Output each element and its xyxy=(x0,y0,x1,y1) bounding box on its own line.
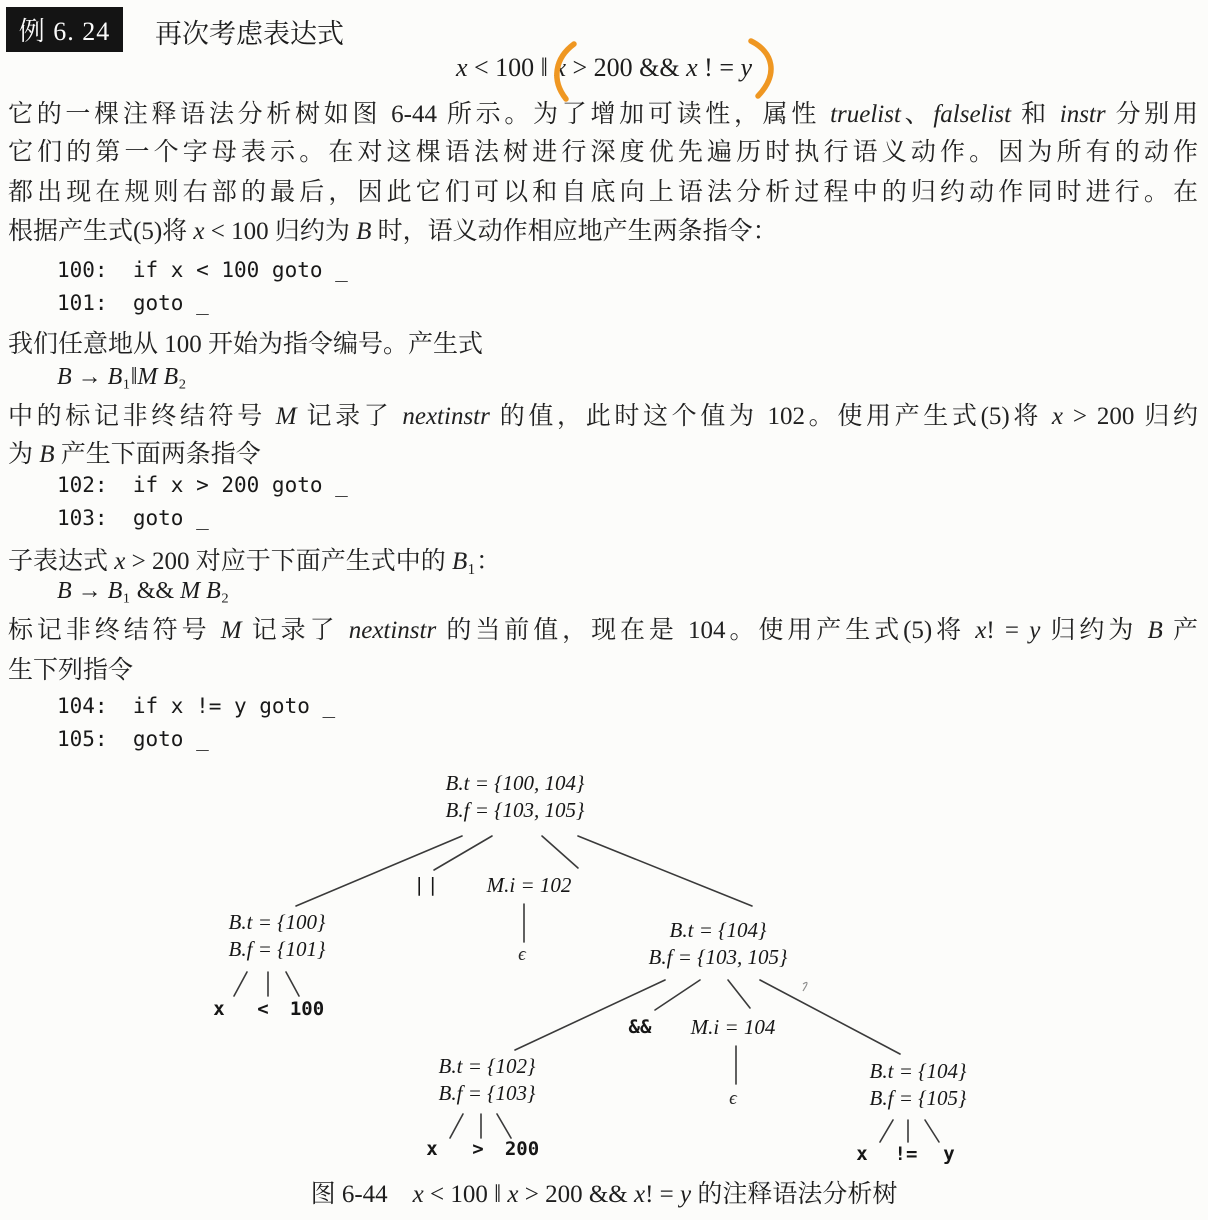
text-segment: B xyxy=(452,548,467,575)
text-segment: 中的标记非终结符号 xyxy=(8,403,276,430)
paragraph-line: 都出现在规则右部的最后，因此它们可以和自底向上语法分析过程中的归约动作同时进行。… xyxy=(8,174,1198,211)
code-line: 102: if x > 200 goto _ xyxy=(57,473,348,497)
text-segment: 产生下面两条指令 xyxy=(55,441,261,468)
text-segment: B xyxy=(39,441,54,468)
leaf-terminal: x xyxy=(213,998,224,1020)
text-segment: B xyxy=(1147,617,1162,644)
tree-marker-m1: M.i = 102 xyxy=(487,872,572,899)
text-segment: 它的一棵注释语法分析树如图 6-44 所示。为了增加可读性，属性 xyxy=(8,101,830,128)
leaf-terminal: < xyxy=(257,998,268,1020)
page: { "colors": { "annotation_orange": "#ef9… xyxy=(0,0,1208,1220)
node-truelist: B.t = {100, 104} xyxy=(446,770,585,797)
text-segment: 、 xyxy=(901,101,933,128)
text-segment: > 200 对应于下面产生式中的 xyxy=(125,548,452,575)
text-segment: 我们任意地从 100 开始为指令编号。产生式 xyxy=(8,331,483,358)
parse-tree-figure: B.t = {100, 104} B.f = {103, 105} || M.i… xyxy=(0,758,1208,1220)
text-segment: ! = xyxy=(986,617,1029,644)
epsilon-leaf: ϵ xyxy=(518,944,526,966)
leaf-terminal: != xyxy=(895,1143,918,1165)
code-line: 104: if x != y goto _ xyxy=(57,694,335,718)
text-segment: → xyxy=(72,578,108,604)
text-segment: x xyxy=(634,1181,645,1208)
text-segment: B xyxy=(108,578,123,604)
scan-artifact xyxy=(803,982,807,991)
annotation-open-paren-icon xyxy=(557,44,574,99)
text-segment: ₂ xyxy=(178,364,186,390)
text-segment: 产 xyxy=(1163,617,1198,644)
text-segment: > 200 && xyxy=(519,1181,635,1208)
text-segment: M xyxy=(137,364,157,390)
text-segment: 标记非终结符号 xyxy=(8,617,221,644)
code-line: 105: goto _ xyxy=(57,727,209,751)
leaf-terminal: > xyxy=(472,1138,483,1160)
text-segment: 记录了 xyxy=(297,403,403,430)
text-segment: && xyxy=(131,578,180,604)
production-formula: B → B₁‖M B₂ xyxy=(57,364,187,391)
tree-op-or: || xyxy=(414,874,441,896)
text-segment: 的注释语法分析树 xyxy=(691,1181,897,1208)
text-segment: y xyxy=(1029,617,1040,644)
text-segment: → xyxy=(72,364,108,390)
paragraph-line: 中的标记非终结符号 M 记录了 nextinstr 的值，此时这个值为 102。… xyxy=(8,398,1198,435)
text-segment: B xyxy=(57,578,72,604)
text-segment: 图 6-44 xyxy=(311,1181,413,1208)
text-segment: < 100 ‖ xyxy=(424,1181,508,1208)
paragraph-line: 它们的第一个字母表示。在对这棵语法树进行深度优先遍历时执行语义动作。因为所有的动… xyxy=(8,134,1198,171)
text-segment: 都出现在规则右部的最后，因此它们可以和自底向上语法分析过程中的归约动作同时进行。… xyxy=(8,179,1198,206)
node-truelist: B.t = {102} xyxy=(439,1053,536,1080)
text-segment: 分别用 xyxy=(1106,101,1198,128)
text-segment: ₁ xyxy=(122,364,130,390)
leaf-terminal: x xyxy=(856,1143,867,1165)
code-line: 100: if x < 100 goto _ xyxy=(57,258,348,282)
annotation-close-paren-icon xyxy=(751,41,771,96)
node-falselist: B.f = {101} xyxy=(229,936,326,963)
node-falselist: B.f = {105} xyxy=(870,1085,967,1112)
tree-marker-m2: M.i = 104 xyxy=(691,1014,776,1041)
node-falselist: B.f = {103, 105} xyxy=(446,797,585,824)
leaf-terminal: y xyxy=(943,1143,954,1165)
text-segment: B xyxy=(206,578,221,604)
tree-node-root: B.t = {100, 104} B.f = {103, 105} xyxy=(446,770,585,824)
text-segment: x xyxy=(114,548,125,575)
text-segment: M xyxy=(180,578,200,604)
text-segment: x xyxy=(507,1181,518,1208)
paragraph-line: 为 B 产生下面两条指令 xyxy=(8,436,261,473)
text-segment: M xyxy=(276,403,297,430)
tree-node-bottom-right: B.t = {104} B.f = {105} xyxy=(870,1058,967,1112)
text-segment: x xyxy=(975,617,986,644)
text-segment: nextinstr xyxy=(402,403,490,430)
text-segment: falselist xyxy=(933,101,1011,128)
tree-edges-svg xyxy=(0,758,1208,1220)
text-segment: ： xyxy=(476,548,501,575)
text-segment: nextinstr xyxy=(349,617,437,644)
figure-caption: 图 6-44 x < 100 ‖ x > 200 && x! = y 的注释语法… xyxy=(0,1174,1208,1210)
text-segment: B xyxy=(57,364,72,390)
text-segment: y xyxy=(680,1181,691,1208)
text-segment: < 100 归约为 xyxy=(205,218,357,245)
text-segment: ₁ xyxy=(467,548,476,575)
node-falselist: B.f = {103, 105} xyxy=(649,944,788,971)
text-segment: 子表达式 xyxy=(8,548,114,575)
text-segment: 为 xyxy=(8,441,39,468)
text-segment: 它们的第一个字母表示。在对这棵语法树进行深度优先遍历时执行语义动作。因为所有的动… xyxy=(8,139,1198,166)
paragraph-line: 根据产生式(5)将 x < 100 归约为 B 时，语义动作相应地产生两条指令： xyxy=(8,213,778,250)
text-segment: x xyxy=(1052,403,1063,430)
text-segment: 记录了 xyxy=(242,617,349,644)
text-segment: ₁ xyxy=(122,578,130,604)
text-segment: x xyxy=(413,1181,424,1208)
node-truelist: B.t = {100} xyxy=(229,909,326,936)
tree-node-left: B.t = {100} B.f = {101} xyxy=(229,909,326,963)
text-segment: x xyxy=(193,218,204,245)
paragraph-line: 它的一棵注释语法分析树如图 6-44 所示。为了增加可读性，属性 truelis… xyxy=(8,96,1198,133)
tree-edges xyxy=(234,836,939,1142)
tree-op-and: && xyxy=(629,1016,652,1038)
text-segment: instr xyxy=(1060,101,1106,128)
leaf-terminal: 100 xyxy=(290,998,324,1020)
text-segment: 的当前值，现在是 104。使用产生式(5)将 xyxy=(436,617,975,644)
leaf-terminal: 200 xyxy=(505,1138,539,1160)
epsilon-leaf: ϵ xyxy=(729,1088,737,1110)
code-line: 103: goto _ xyxy=(57,506,209,530)
text-segment: 归约为 xyxy=(1040,617,1147,644)
node-truelist: B.t = {104} xyxy=(870,1058,967,1085)
node-truelist: B.t = {104} xyxy=(649,917,788,944)
leaf-terminal: x xyxy=(426,1138,437,1160)
tree-node-bottom-left: B.t = {102} B.f = {103} xyxy=(439,1053,536,1107)
text-segment: ₂ xyxy=(221,578,229,604)
paragraph-line: 子表达式 x > 200 对应于下面产生式中的 B₁： xyxy=(8,543,501,580)
paragraph-line: 标记非终结符号 M 记录了 nextinstr 的当前值，现在是 104。使用产… xyxy=(8,612,1198,649)
text-segment: 和 xyxy=(1011,101,1060,128)
text-segment: 时，语义动作相应地产生两条指令： xyxy=(371,218,777,245)
paragraph-line: 我们任意地从 100 开始为指令编号。产生式 xyxy=(8,326,483,363)
code-line: 101: goto _ xyxy=(57,291,209,315)
text-segment: ! = xyxy=(645,1181,680,1208)
text-segment: B xyxy=(163,364,178,390)
node-falselist: B.f = {103} xyxy=(439,1080,536,1107)
text-segment: B xyxy=(108,364,123,390)
text-segment: 生下列指令 xyxy=(8,657,133,684)
text-segment: 根据产生式(5)将 xyxy=(8,218,193,245)
tree-node-right: B.t = {104} B.f = {103, 105} xyxy=(649,917,788,971)
production-formula: B → B₁ && M B₂ xyxy=(57,578,229,605)
text-segment: B xyxy=(356,218,371,245)
text-segment: 的值，此时这个值为 102。使用产生式(5)将 xyxy=(490,403,1052,430)
text-segment: M xyxy=(221,617,242,644)
paragraph-line: 生下列指令 xyxy=(8,652,133,689)
text-segment: truelist xyxy=(830,101,901,128)
text-segment: > 200 归约 xyxy=(1063,403,1198,430)
